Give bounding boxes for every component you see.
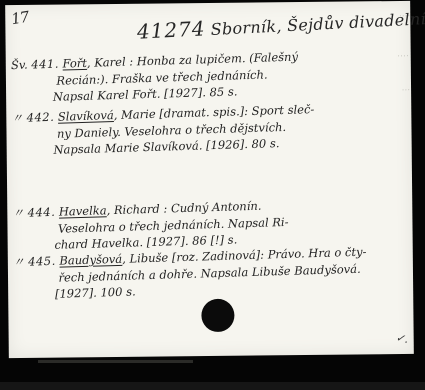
scan-noise-dots: ···· [399, 13, 411, 20]
scan-noise-dots: ··· [402, 87, 411, 94]
entry-author: Havelka [59, 203, 107, 218]
series-title: Sborník, Šejdův divadelní [210, 9, 425, 39]
accession-number: 41274 [136, 16, 206, 43]
entry-number: 442. [26, 110, 54, 125]
catalog-entry-441: Šv. 441. Fořt, Karel : Honba za lupičem.… [11, 45, 420, 107]
entry-author: Baudyšová [59, 252, 122, 268]
check-mark: ✓. [395, 331, 410, 346]
entry-number: 441. [31, 57, 59, 72]
scan-noise-dots: ···· [398, 53, 410, 60]
entry-author: Fořt [62, 56, 87, 71]
entry-author: Slavíková [58, 108, 114, 124]
scanner-background-edge [0, 382, 425, 390]
punch-hole [201, 299, 234, 332]
index-card: 17 41274 Sborník, Šejdův divadelní Šv. 4… [5, 1, 414, 358]
entry-number: 444. [27, 205, 55, 220]
scanned-catalog-card: 17 41274 Sborník, Šejdův divadelní Šv. 4… [0, 0, 425, 390]
ditto-mark: 〃 [11, 111, 23, 125]
entry-number: 445. [28, 254, 56, 269]
ditto-mark: 〃 [12, 206, 24, 220]
corner-mark: 17 [10, 8, 30, 28]
entry-prefix: Šv. [11, 58, 28, 72]
ditto-mark: 〃 [13, 255, 25, 269]
catalog-entry-442: 〃 442. Slavíková, Marie [dramat. spis.]:… [11, 98, 420, 160]
scanner-edge-streak [38, 360, 193, 363]
card-header: 41274 Sborník, Šejdův divadelní [136, 5, 425, 44]
